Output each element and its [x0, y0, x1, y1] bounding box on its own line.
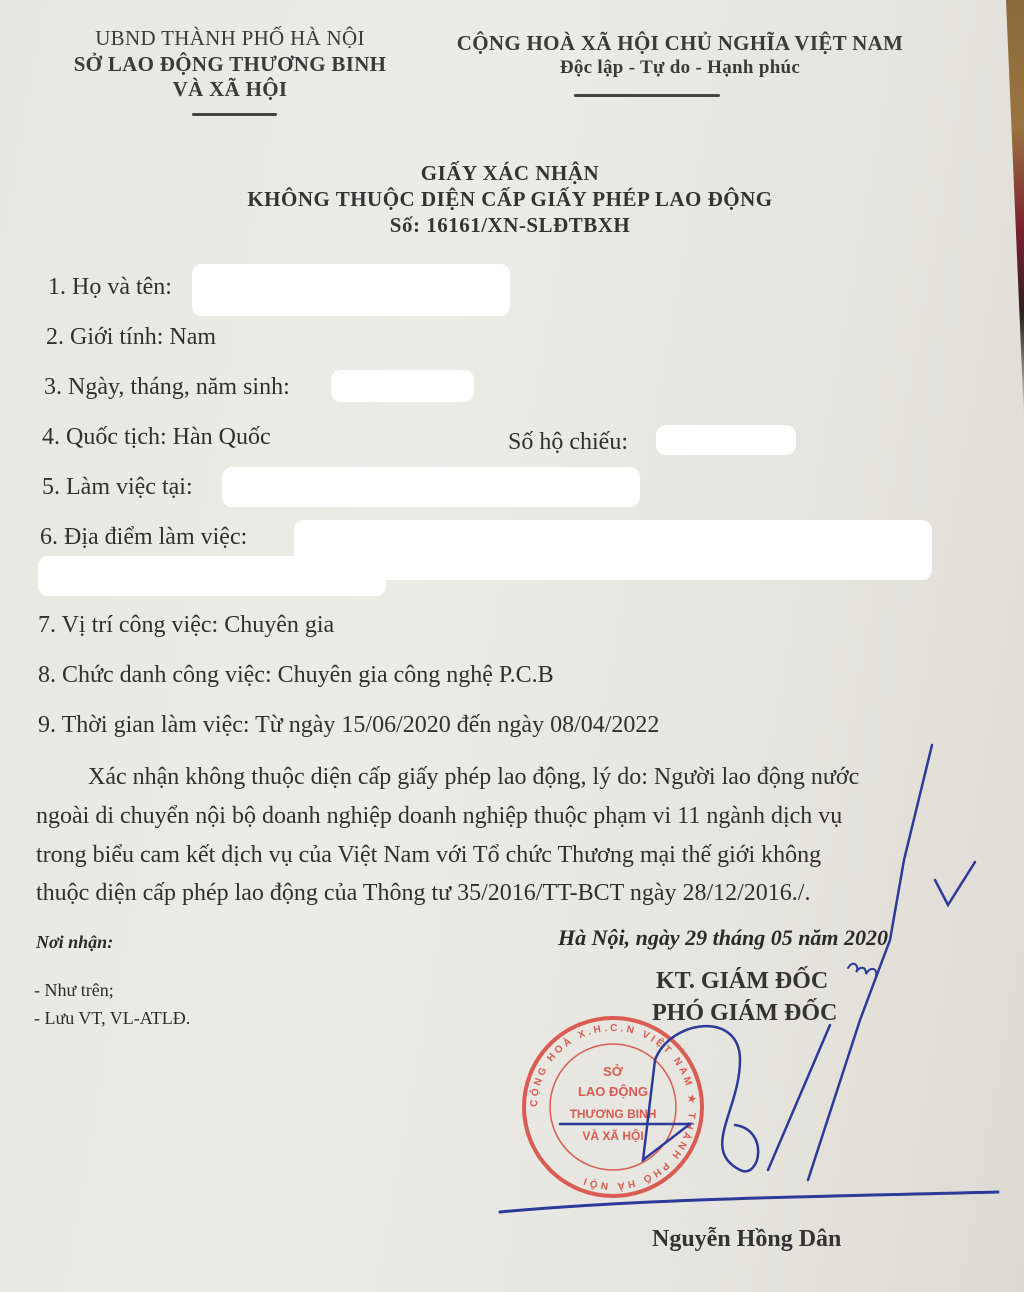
svg-text:VÀ XÃ HỘI: VÀ XÃ HỘI [582, 1128, 643, 1143]
signer-name: Nguyễn Hồng Dân [652, 1226, 841, 1253]
signature-ink-icon [500, 745, 998, 1212]
svg-text:THƯƠNG BINH: THƯƠNG BINH [570, 1107, 657, 1121]
official-stamp-icon: SỞ LAO ĐỘNG THƯƠNG BINH VÀ XÃ HỘI CỘNG H… [524, 1018, 702, 1196]
svg-text:SỞ: SỞ [603, 1064, 624, 1079]
stamp-and-signature: SỞ LAO ĐỘNG THƯƠNG BINH VÀ XÃ HỘI CỘNG H… [0, 0, 1024, 1292]
svg-text:LAO ĐỘNG: LAO ĐỘNG [578, 1084, 648, 1099]
